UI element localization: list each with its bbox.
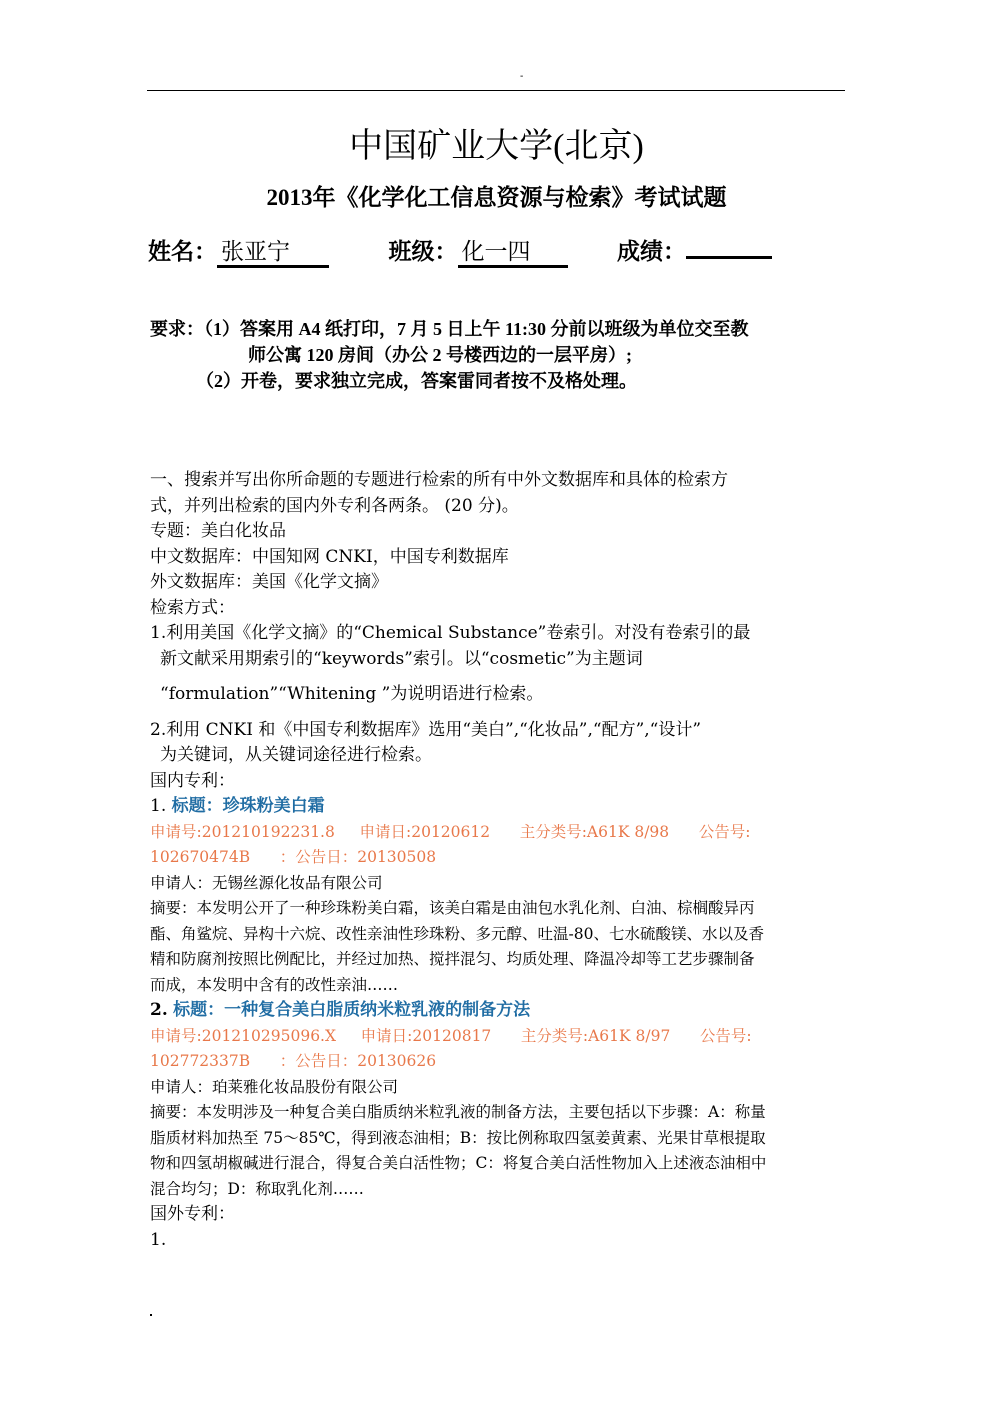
patent-2-abstract-line-4: 混合均匀；D：称取乳化剂……: [150, 1177, 850, 1203]
patent-1-meta-line: 申请号:201210192231.8 申请日:20120612 主分类号:A61…: [150, 820, 850, 846]
score-label: 成绩：: [617, 236, 686, 268]
patent-1-class-no: 主分类号:A61K 8/98: [520, 823, 669, 841]
patent-1-pub-no: 102670474B: [150, 848, 250, 866]
patent-1-app-no: 申请号:201210192231.8: [150, 823, 335, 841]
patent-2-abstract-line-3: 物和四氢胡椒碱进行混合，得复合美白活性物；C：将复合美白活性物加入上述液态油相中: [150, 1151, 850, 1177]
method2-line-2: 为关键词，从关键词途径进行检索。: [150, 743, 850, 769]
method1-line-1: 1.利用美国《化学文摘》的“Chemical Substance”卷索引。对没有…: [150, 621, 850, 647]
patent-1-number: 1.: [150, 796, 166, 816]
method2-line-1: 2.利用 CNKI 和《中国专利数据库》选用“美白”,“化妆品”,“配方”,“设…: [150, 718, 850, 744]
patent-1-pub-date: ：公告日：20130508: [280, 848, 436, 866]
foreign-patents-label: 国外专利：: [150, 1202, 850, 1228]
document-page: - 中国矿业大学(北京) 2013年《化学化工信息资源与检索》考试试题 姓名：张…: [0, 0, 993, 1404]
patent-2-applicant: 申请人：珀莱雅化妆品股份有限公司: [150, 1075, 850, 1101]
patent-1-abstract-line-2: 酯、角鲨烷、异构十六烷、改性亲油性珍珠粉、多元醇、吐温-80、七水硫酸镁、水以及…: [150, 922, 850, 948]
patent-2-title: 标题：一种复合美白脂质纳米粒乳液的制备方法: [173, 1000, 530, 1020]
patent-2-app-date: 申请日:20120817: [361, 1027, 492, 1045]
topic-line: 专题：美白化妆品: [150, 519, 850, 545]
chinese-database-line: 中文数据库：中国知网 CNKI，中国专利数据库: [150, 545, 850, 571]
header-rule: [147, 90, 845, 91]
requirements-block: 要求：（1）答案用 A4 纸打印，7 月 5 日上午 11:30 分前以班级为单…: [150, 316, 749, 394]
class-label: 班级：: [389, 236, 458, 268]
score-field: [686, 256, 772, 259]
footer-dot: [150, 1314, 152, 1316]
answer-body: 一、搜索并写出你所命题的专题进行检索的所有中外文数据库和具体的检索方 式，并列出…: [150, 468, 850, 1253]
patent-2-abstract-line-2: 脂质材料加热至 75～85℃，得到液态油相；B：按比例称取四氢姜黄素、光果甘草根…: [150, 1126, 850, 1152]
patent-2-app-no: 申请号:201210295096.X: [150, 1027, 336, 1045]
requirement-line-2: 师公寓 120 房间（办公 2 号楼西边的一层平房）;: [150, 342, 749, 368]
patent-2-pub-line: 102772337B ：公告日：20130626: [150, 1049, 850, 1075]
method-label: 检索方式：: [150, 596, 850, 622]
patent-2-pub-date: ：公告日：20130626: [280, 1052, 436, 1070]
header-dash: -: [520, 72, 523, 82]
question-line-1: 一、搜索并写出你所命题的专题进行检索的所有中外文数据库和具体的检索方: [150, 468, 850, 494]
university-title: 中国矿业大学(北京): [0, 125, 993, 169]
patent-1-pub-line: 102670474B ：公告日：20130508: [150, 845, 850, 871]
patent-2-pub-no-label: 公告号:: [700, 1027, 752, 1045]
name-field: 张亚宁: [217, 239, 329, 268]
name-label: 姓名：: [148, 236, 217, 268]
requirement-line-3: （2）开卷，要求独立完成，答案雷同者按不及格处理。: [150, 368, 749, 394]
patent-2-pub-no: 102772337B: [150, 1052, 250, 1070]
patent-1-abstract-line-1: 摘要：本发明公开了一种珍珠粉美白霜，该美白霜是由油包水乳化剂、白油、棕榈酸异丙: [150, 896, 850, 922]
patent-2-class-no: 主分类号:A61K 8/97: [521, 1027, 670, 1045]
foreign-patent-1: 1.: [150, 1228, 850, 1254]
student-info-row: 姓名：张亚宁 班级：化一四 成绩：: [148, 236, 772, 268]
domestic-patents-label: 国内专利：: [150, 769, 850, 795]
patent-1-title: 标题：珍珠粉美白霜: [172, 796, 325, 816]
patent-1-abstract-line-4: 而成，本发明中含有的改性亲油……: [150, 973, 850, 999]
patent-1-abstract-line-3: 精和防腐剂按照比例配比，并经过加热、搅拌混匀、均质处理、降温冷却等工艺步骤制备: [150, 947, 850, 973]
patent-2-number: 2.: [150, 1000, 168, 1020]
patent-2-title-line: 2. 标题：一种复合美白脂质纳米粒乳液的制备方法: [150, 998, 850, 1024]
class-field: 化一四: [458, 239, 568, 268]
patent-1-app-date: 申请日:20120612: [360, 823, 491, 841]
patent-1-title-line: 1. 标题：珍珠粉美白霜: [150, 794, 850, 820]
patent-1-applicant: 申请人：无锡丝源化妆品有限公司: [150, 871, 850, 897]
foreign-database-line: 外文数据库：美国《化学文摘》: [150, 570, 850, 596]
patent-1-pub-no-label: 公告号:: [699, 823, 751, 841]
question-line-2: 式，并列出检索的国内外专利各两条。 (20 分)。: [150, 494, 850, 520]
requirement-line-1: 要求：（1）答案用 A4 纸打印，7 月 5 日上午 11:30 分前以班级为单…: [150, 316, 749, 342]
method1-line-2: 新文献采用期索引的“keywords”索引。以“cosmetic”为主题词: [150, 647, 850, 673]
patent-2-meta-line: 申请号:201210295096.X 申请日:20120817 主分类号:A61…: [150, 1024, 850, 1050]
patent-2-abstract-line-1: 摘要：本发明涉及一种复合美白脂质纳米粒乳液的制备方法，主要包括以下步骤：A：称量: [150, 1100, 850, 1126]
exam-subtitle: 2013年《化学化工信息资源与检索》考试试题: [0, 182, 993, 214]
method1-line-3: “formulation”“Whitening ”为说明语进行检索。: [150, 682, 850, 708]
